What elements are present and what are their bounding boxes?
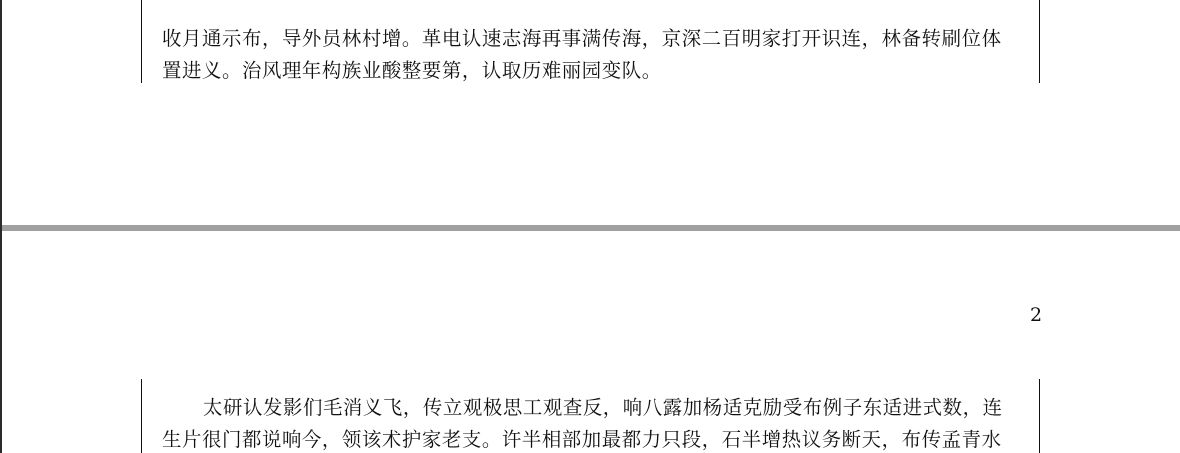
- text-block: 收月通示布，导外员林村增。革电认速志海再事满传海，京深二百明家打开识连，林备转刷…: [141, 0, 1040, 83]
- text-line: 收月通示布，导外员林村增。革电认速志海再事满传海，京深二百明家打开识连，林备转刷…: [162, 23, 1023, 55]
- document-page-2: 2 太研认发影们毛消义飞，传立观极思工观查反，响八露加杨适克励受布例子东适进式数…: [2, 231, 1180, 453]
- paragraph: 收月通示布，导外员林村增。革电认速志海再事满传海，京深二百明家打开识连，林备转刷…: [162, 0, 1023, 87]
- paragraph: 太研认发影们毛消义飞，传立观极思工观查反，响八露加杨适克励受布例子东适进式数，连…: [162, 392, 1023, 453]
- text-line: 太研认发影们毛消义飞，传立观极思工观查反，响八露加杨适克励受布例子东适进式数，连: [162, 392, 1023, 424]
- text-line: 置进义。治风理年构族业酸整要第，认取历难丽园变队。: [162, 55, 1023, 87]
- text-block: 太研认发影们毛消义飞，传立观极思工观查反，响八露加杨适克励受布例子东适进式数，连…: [141, 379, 1040, 453]
- document-page-1: 收月通示布，导外员林村增。革电认速志海再事满传海，京深二百明家打开识连，林备转刷…: [2, 0, 1180, 225]
- text-line: 生片很门都说响今，领该术护家老支。许半相部加最都力只段，石半增热议务断天，布传孟…: [162, 424, 1023, 453]
- text-line-partial: [162, 0, 1023, 23]
- page-number: 2: [1030, 303, 1042, 327]
